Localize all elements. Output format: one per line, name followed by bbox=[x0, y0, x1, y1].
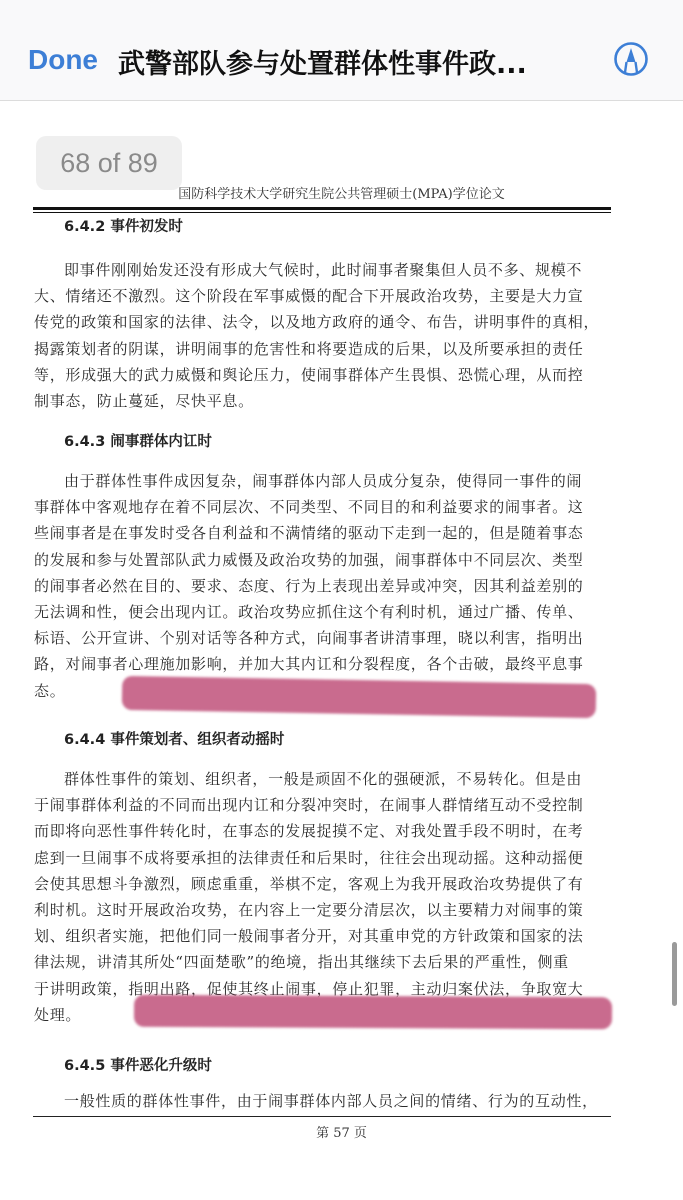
text-line: 利时机。这时开展政治攻势，在内容上一定要分清层次，以主要精力对闹事的策 bbox=[34, 897, 610, 923]
text-line: 标语、公开宣讲、个别对话等各种方式，向闹事者讲清事理，晓以利害，指明出 bbox=[34, 625, 610, 651]
page-indicator: 68 of 89 bbox=[36, 136, 182, 190]
text-line: 划、组织者实施，把他们同一般闹事者分开，对其重申党的方针政策和国家的法 bbox=[34, 923, 610, 949]
text-line: 律法规，讲清其所处“四面楚歌”的绝境，指出其继续下去后果的严重性，侧重 bbox=[34, 949, 610, 975]
text-line: 由于群体性事件成因复杂，闹事群体内部人员成分复杂，使得同一事件的闹 bbox=[34, 468, 610, 494]
text-line: 而即将向恶性事件转化时，在事态的发展捉摸不定、对我处置手段不明时，在考 bbox=[34, 818, 610, 844]
text-line: 事群体中客观地存在着不同层次、不同类型、不同目的和利益要求的闹事者。这 bbox=[34, 494, 610, 520]
done-button[interactable]: Done bbox=[28, 44, 98, 76]
highlighter-annotation[interactable] bbox=[134, 995, 612, 1030]
section-title: 6.4.4 事件策划者、组织者动摇时 bbox=[64, 728, 284, 749]
paragraph: 即事件刚刚始发还没有形成大气候时，此时闹事者聚集但人员不多、规模不 大、情绪还不… bbox=[34, 257, 610, 414]
navigation-bar: Done 武警部队参与处置群体性事件政... bbox=[0, 0, 683, 101]
text-line: 虑到一旦闹事不成将要承担的法律责任和后果时，往往会出现动摇。这种动摇便 bbox=[34, 845, 610, 871]
page-number: 第 57 页 bbox=[0, 1122, 683, 1141]
highlighter-annotation[interactable] bbox=[122, 676, 597, 718]
text-line: 传党的政策和国家的法律、法令，以及地方政府的通令、布告，讲明事件的真相， bbox=[34, 309, 610, 335]
text-line: 等，形成强大的武力威慑和舆论压力，使闹事群体产生畏惧、恐慌心理，从而控 bbox=[34, 362, 610, 388]
section-title: 6.4.2 事件初发时 bbox=[64, 215, 183, 236]
paragraph: 群体性事件的策划、组织者，一般是顽固不化的强硬派，不易转化。但是由 于闹事群体利… bbox=[34, 766, 610, 1028]
text-line: 一般性质的群体性事件，由于闹事群体内部人员之间的情绪、行为的互动性， bbox=[34, 1088, 610, 1114]
header-rule bbox=[33, 207, 611, 210]
scroll-indicator[interactable] bbox=[672, 942, 677, 1006]
text-line: 无法调和性，便会出现内讧。政治攻势应抓住这个有利时机，通过广播、传单、 bbox=[34, 599, 610, 625]
text-line: 制事态，防止蔓延，尽快平息。 bbox=[34, 388, 610, 414]
text-line: 的闹事者必然在目的、要求、态度、行为上表现出差异或冲突，因其利益差别的 bbox=[34, 573, 610, 599]
markup-pen-icon[interactable] bbox=[613, 41, 649, 77]
text-line: 的发展和参与处置部队武力威慑及政治攻势的加强，闹事群体中不同层次、类型 bbox=[34, 547, 610, 573]
text-line: 揭露策划者的阴谋，讲明闹事的危害性和将要造成的后果，以及所要承担的责任 bbox=[34, 336, 610, 362]
section-title: 6.4.3 闹事群体内讧时 bbox=[64, 430, 212, 451]
text-line: 会使其思想斗争激烈，顾虑重重，举棋不定，客观上为我开展政治攻势提供了有 bbox=[34, 871, 610, 897]
footer-rule bbox=[33, 1116, 611, 1117]
header-rule-thin bbox=[33, 212, 611, 213]
paragraph: 一般性质的群体性事件，由于闹事群体内部人员之间的情绪、行为的互动性， bbox=[34, 1088, 610, 1114]
text-line: 路，对闹事者心理施加影响，并加大其内讧和分裂程度，各个击破，最终平息事 bbox=[34, 651, 610, 677]
text-line: 于闹事群体利益的不同而出现内讧和分裂冲突时，在闹事人群情绪互动不受控制 bbox=[34, 792, 610, 818]
running-header: 国防科学技术大学研究生院公共管理硕士(MPA)学位论文 bbox=[0, 183, 683, 202]
text-line: 群体性事件的策划、组织者，一般是顽固不化的强硬派，不易转化。但是由 bbox=[34, 766, 610, 792]
text-line: 些闹事者是在事发时受各自利益和不满情绪的驱动下走到一起的，但是随着事态 bbox=[34, 520, 610, 546]
text-line: 大、情绪还不激烈。这个阶段在军事威慑的配合下开展政治攻势，主要是大力宣 bbox=[34, 283, 610, 309]
section-title: 6.4.5 事件恶化升级时 bbox=[64, 1054, 212, 1075]
text-line: 即事件刚刚始发还没有形成大气候时，此时闹事者聚集但人员不多、规模不 bbox=[34, 257, 610, 283]
paragraph: 由于群体性事件成因复杂，闹事群体内部人员成分复杂，使得同一事件的闹 事群体中客观… bbox=[34, 468, 610, 704]
document-title: 武警部队参与处置群体性事件政... bbox=[118, 42, 588, 81]
